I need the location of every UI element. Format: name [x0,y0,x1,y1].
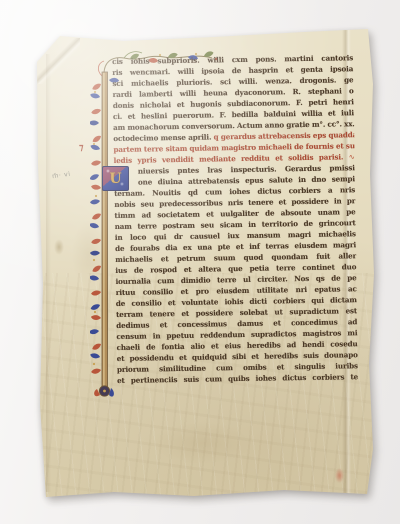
ink-text: et pertinenciis suis cum quibs iohes dic… [117,372,358,385]
manuscript-leaf: U ⁊ m̄· vi cis iohis subprioris. willi c… [0,0,400,524]
rubric-paraph-mark: ⁊ [79,143,83,153]
pencil-annotation: m̄· vi [52,170,72,181]
manuscript-text-block: cis iohis subprioris. willi cxm pons. ma… [112,52,358,386]
photo-background: U ⁊ m̄· vi cis iohis subprioris. willi c… [0,0,400,524]
text-line: et pertinenciis suis cum quibs iohes dic… [117,371,358,386]
stain [152,422,252,464]
line-filler-flourish: ∿ [349,152,355,161]
left-edge-crease [46,54,51,492]
red-pigment-smudge [335,468,344,483]
clipped-corner-fold [34,38,80,84]
ink-text: octodecimo mense aprili. [113,132,213,143]
parchment-page: U ⁊ m̄· vi cis iohis subprioris. willi c… [34,24,376,502]
stain [54,239,64,255]
